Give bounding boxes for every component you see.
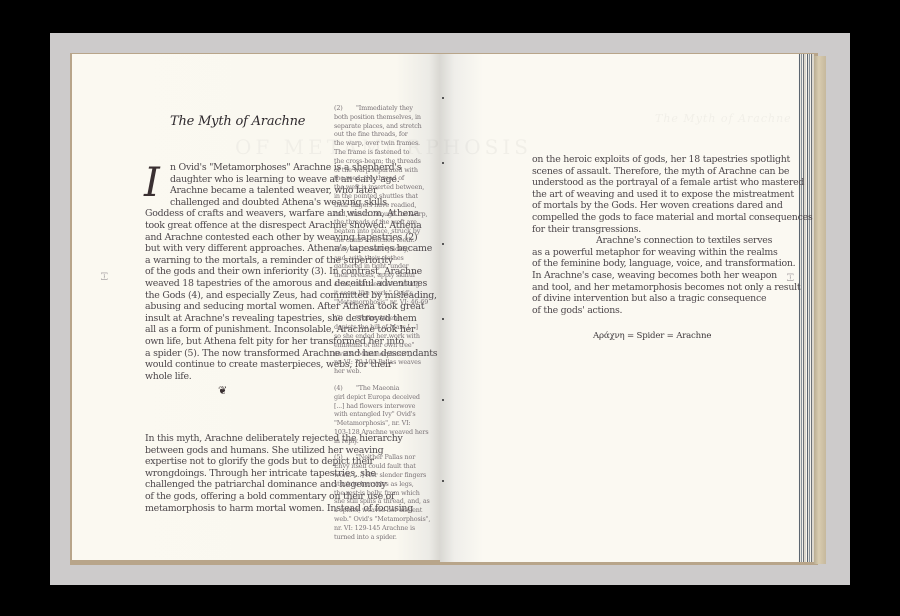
footnote-marker: (3) — [334, 314, 356, 323]
footnote-line: a spider, weaves her ancient — [334, 506, 439, 515]
gutter-mark — [442, 162, 444, 164]
text-line: of mortals by the Gods. Her woven creati… — [532, 200, 812, 212]
spider-formula: Αράχνη = Spider = Arachne — [593, 331, 711, 341]
footnotes-column: (2)"Immediately they both position thems… — [334, 104, 439, 549]
footnote-line: [...] had flowers interwove — [334, 402, 439, 411]
footnote-2: (2)"Immediately they both position thems… — [334, 104, 439, 306]
text-line: In Arachne's case, weaving becomes both … — [532, 270, 812, 282]
footnote-line: separate places, and stretch — [334, 122, 439, 131]
footnote-line: the comb's notched teeth. — [334, 236, 439, 245]
footnote-line: "Neither Pallas nor — [356, 453, 415, 461]
text-line: Arachne's connection to textiles serves — [532, 235, 812, 247]
right-page-text: on the heroic exploits of gods, her 18 t… — [532, 154, 812, 316]
footnote-line: "Pallas Athene — [356, 314, 401, 322]
right-page-number: [-·-] — [786, 273, 794, 280]
book-cover-edge — [814, 56, 826, 564]
footnote-line: "The Maeonia — [356, 384, 399, 392]
footnote-5: (5)"Neither Pallas nor Envy itself could… — [334, 453, 439, 541]
show-through-text: The Myth of Arachne — [655, 112, 792, 125]
footnote-line: with entangled Ivy" Ovid's — [334, 410, 439, 419]
footnote-line: she still spins a thread, and, as — [334, 497, 439, 506]
footnote-line: the cross-beam; the threads — [334, 157, 439, 166]
text-line: on the heroic exploits of gods, her 18 t… — [532, 154, 812, 166]
footnote-line: emblems of her own tree" — [334, 341, 439, 350]
footnote-line: her web. — [334, 367, 439, 376]
text-line: the art of weaving and used it to expose… — [532, 189, 812, 201]
footnote-line: so she ended her work with — [334, 332, 439, 341]
footnote-line: nr. VI: 129-145 Arachne is — [334, 524, 439, 533]
footnote-line: the rest is belly, from which — [334, 489, 439, 498]
text-line: understood as the portrayal of a female … — [532, 177, 812, 189]
footnote-line: depicts the hill of Mars [...] — [334, 323, 439, 332]
footnote-line: 103-128 Arachne weaved hers — [334, 428, 439, 437]
footnote-line: their breasts, apply skilful — [334, 271, 439, 280]
footnote-line: They each work quickly, — [334, 245, 439, 254]
footnote-line: girl depict Europa deceived — [334, 393, 439, 402]
gutter-mark — [442, 480, 444, 482]
footnote-line: Envy itself could fault that — [334, 462, 439, 471]
footnote-line: and, drawn through the warp, — [334, 210, 439, 219]
footnote-marker: (2) — [334, 104, 356, 113]
text-line: of the gods' actions. — [532, 305, 812, 317]
footnote-line: "Metamorphosis" nr. VI: 46-69 — [334, 298, 439, 307]
footnote-line: stuck to her sides as legs, — [334, 480, 439, 489]
footnote-line: "Immediately they — [356, 104, 413, 112]
footnote-line: the threads of the weft are — [334, 218, 439, 227]
footnote-marker: (5) — [334, 453, 356, 462]
fleuron-icon: ❦ — [218, 384, 227, 397]
text-line: scenes of assault. Therefore, the myth o… — [532, 166, 812, 178]
footnote-line: in reply. — [334, 437, 439, 446]
gutter-mark — [442, 399, 444, 401]
page-title: The Myth of Arachne — [170, 114, 305, 129]
footnote-line: The frame is fastened to — [334, 148, 439, 157]
footnote-line: web." Ovid's "Metamorphosis", — [334, 515, 439, 524]
footnote-line: work. [...] Her slender fingers — [334, 471, 439, 480]
gutter-mark — [442, 97, 444, 99]
footnote-line: beaten into place, struck by — [334, 227, 439, 236]
footnote-line: both position themselves, in — [334, 113, 439, 122]
text-line: and tool, and her metamorphosis becomes … — [532, 282, 812, 294]
footnote-line: "Metamorphosis", nr. VI: — [334, 419, 439, 428]
footnote-line: the reed; the thread of — [334, 174, 439, 183]
footnote-line: of the warp separated with — [334, 166, 439, 175]
footnote-line: arms, their zeal not making — [334, 280, 439, 289]
left-page-number: [-·-] — [100, 272, 108, 279]
footnote-line: out the fine threads, for — [334, 130, 439, 139]
footnote-marker: (4) — [334, 384, 356, 393]
text-line: compelled the gods to face material and … — [532, 212, 812, 224]
footnote-line: the weft is inserted between, — [334, 183, 439, 192]
footnote-line: their fingers have readied, — [334, 201, 439, 210]
footnote-line: turned into a spider. — [334, 533, 439, 542]
footnote-line: in the pointed shuttles that — [334, 192, 439, 201]
footnote-line: the warp, over twin frames. — [334, 139, 439, 148]
footnote-line: and, with their clothes — [334, 254, 439, 263]
text-line: as a powerful metaphor for weaving withi… — [532, 247, 812, 259]
footnote-3: (3)"Pallas Athene depicts the hill of Ma… — [334, 314, 439, 376]
text-line: of divine intervention but also a tragic… — [532, 293, 812, 305]
gutter-mark — [442, 318, 444, 320]
footnote-line: Ovid's "Metamorphosis", — [334, 350, 439, 359]
footnote-line: gathered in tight, under — [334, 262, 439, 271]
text-line: of the feminine body, language, voice, a… — [532, 258, 812, 270]
text-line: for their transgressions. — [532, 224, 812, 236]
footnote-line: nr. VI: 70-102 Pallas weaves — [334, 358, 439, 367]
footnote-line: it seem like work." Ovid's — [334, 289, 439, 298]
gutter-mark — [442, 243, 444, 245]
footnote-4: (4)"The Maeonia girl depict Europa decei… — [334, 384, 439, 446]
